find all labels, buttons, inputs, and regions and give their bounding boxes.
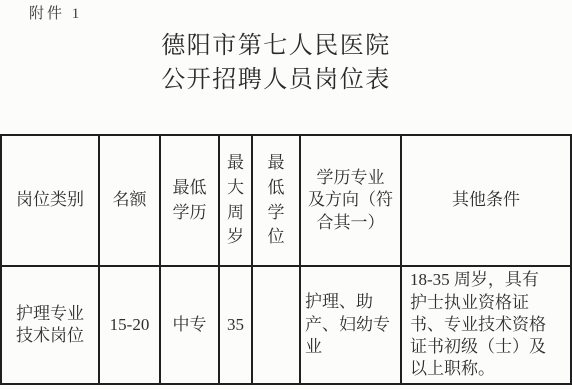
- header-major-direction: 学历专业 及方向（符 合其一）: [300, 135, 401, 266]
- header-max-age: 最大周岁: [219, 135, 252, 266]
- cell-position-category: 护理专业 技术岗位: [1, 266, 99, 384]
- position-table: 岗位类别 名额 最低学历 最大周岁 最低学位 学历专业 及方向（符 合其一） 其…: [0, 134, 572, 385]
- table-header-row: 岗位类别 名额 最低学历 最大周岁 最低学位 学历专业 及方向（符 合其一） 其…: [1, 135, 571, 266]
- header-other-conditions: 其他条件: [401, 135, 571, 266]
- header-quota: 名额: [99, 135, 160, 266]
- cell-min-education: 中专: [160, 266, 219, 384]
- document-title: 德阳市第七人民医院 公开招聘人员岗位表: [0, 29, 552, 97]
- table-row: 护理专业 技术岗位 15-20 中专 35 护理、助 产、妇幼专 业 18-35…: [1, 266, 571, 384]
- header-min-degree: 最低学位: [252, 135, 300, 266]
- cell-min-degree: [252, 266, 300, 384]
- title-line-1: 德阳市第七人民医院: [0, 29, 552, 63]
- cell-major-direction: 护理、助 产、妇幼专 业: [300, 266, 401, 384]
- attachment-label: 附件 1: [29, 2, 82, 23]
- document-page: 附件 1 德阳市第七人民医院 公开招聘人员岗位表 岗位类别 名额 最低学历 最大…: [0, 0, 572, 390]
- cell-quota: 15-20: [99, 266, 160, 384]
- header-min-education: 最低学历: [160, 135, 219, 266]
- title-line-2: 公开招聘人员岗位表: [0, 63, 552, 97]
- header-min-education-label: 最低学历: [170, 176, 209, 225]
- header-min-degree-label: 最低学位: [266, 151, 286, 250]
- header-position-category: 岗位类别: [1, 135, 99, 266]
- cell-other-conditions: 18-35 周岁，具有 护士执业资格证 书、专业技术资格 证书初级（士）及 以上…: [401, 266, 571, 384]
- header-max-age-label: 最大周岁: [226, 151, 246, 250]
- cell-max-age: 35: [219, 266, 252, 384]
